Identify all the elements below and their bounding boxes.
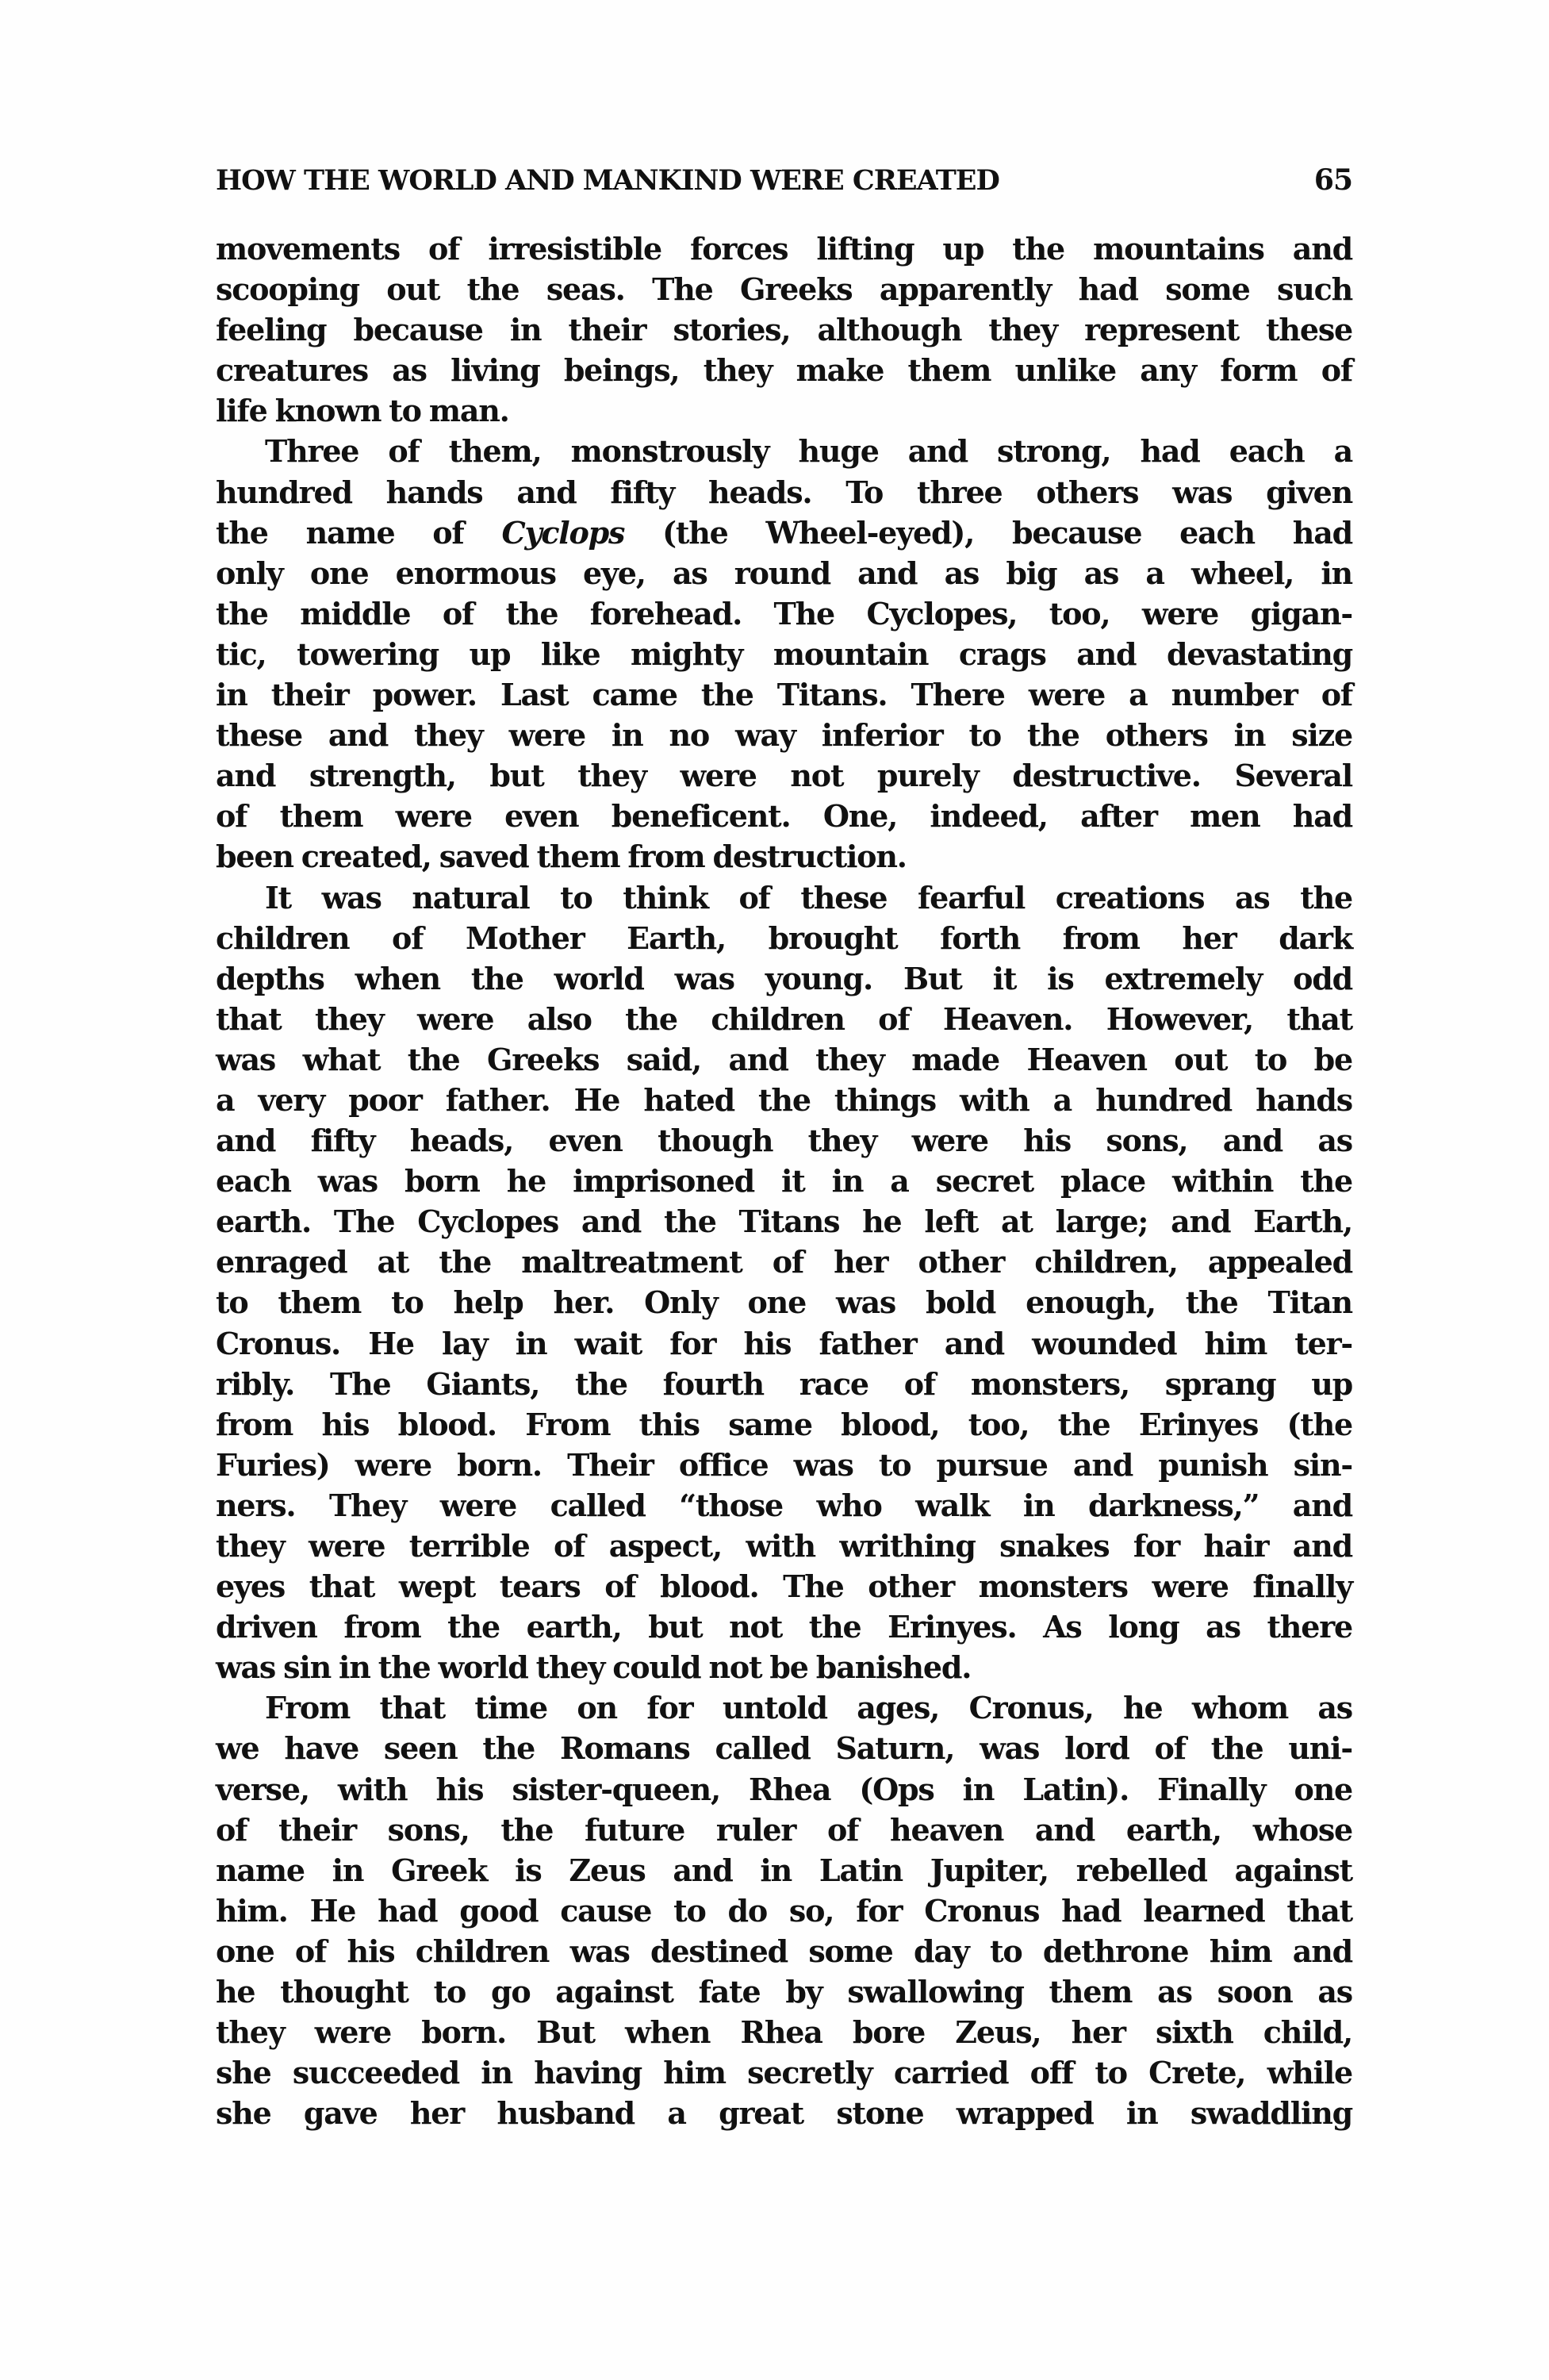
text-line: these and they were in no way inferior t… (216, 715, 1352, 755)
body-text: movements of irresistible forces lifting… (216, 228, 1352, 2133)
text-line: ribly. The Giants, the fourth race of mo… (216, 1364, 1352, 1404)
text-line: earth. The Cyclopes and the Titans he le… (216, 1201, 1352, 1242)
text-line: to them to help her. Only one was bold e… (216, 1282, 1352, 1322)
text-line: enraged at the maltreatment of her other… (216, 1242, 1352, 1282)
page-number: 65 (1314, 163, 1352, 197)
paragraph-3: It was natural to think of these fearful… (216, 877, 1352, 1688)
paragraph-1: movements of irresistible forces lifting… (216, 228, 1352, 431)
running-head: HOW THE WORLD AND MANKIND WERE CREATED 6… (216, 163, 1352, 203)
text-line-with-italic: the name of Cyclops (the Wheel-eyed), be… (216, 512, 1352, 553)
text-fragment: (the Wheel-eyed), because each had (624, 515, 1352, 551)
text-line: was what the Greeks said, and they made … (216, 1039, 1352, 1080)
text-line: Cronus. He lay in wait for his father an… (216, 1323, 1352, 1364)
text-line: From that time on for untold ages, Cronu… (216, 1687, 1352, 1728)
text-line: eyes that wept tears of blood. The other… (216, 1566, 1352, 1606)
text-line: Three of them, monstrously huge and stro… (216, 431, 1352, 471)
italic-term-cyclops: Cyclops (501, 515, 624, 551)
text-line: driven from the earth, but not the Eriny… (216, 1606, 1352, 1647)
text-line: each was born he imprisoned it in a secr… (216, 1161, 1352, 1201)
text-line: him. He had good cause to do so, for Cro… (216, 1891, 1352, 1931)
text-line: life known to man. (216, 390, 1352, 431)
text-line: creatures as living beings, they make th… (216, 350, 1352, 390)
text-line: scooping out the seas. The Greeks appare… (216, 269, 1352, 309)
text-line: hundred hands and fifty heads. To three … (216, 472, 1352, 512)
text-line: in their power. Last came the Titans. Th… (216, 674, 1352, 715)
text-line: of their sons, the future ruler of heave… (216, 1810, 1352, 1850)
text-line: a very poor father. He hated the things … (216, 1080, 1352, 1120)
text-line: been created, saved them from destructio… (216, 836, 1352, 877)
text-line: only one enormous eye, as round and as b… (216, 553, 1352, 593)
text-line: they were terrible of aspect, with writh… (216, 1526, 1352, 1566)
text-line: movements of irresistible forces lifting… (216, 228, 1352, 269)
paragraph-4: From that time on for untold ages, Cronu… (216, 1687, 1352, 2133)
text-line: she succeeded in having him secretly car… (216, 2052, 1352, 2093)
text-line: he thought to go against fate by swallow… (216, 1971, 1352, 2012)
text-line: we have seen the Romans called Saturn, w… (216, 1728, 1352, 1768)
text-line: of them were even beneficent. One, indee… (216, 796, 1352, 836)
text-line: was sin in the world they could not be b… (216, 1647, 1352, 1687)
text-line: ners. They were called “those who walk i… (216, 1485, 1352, 1526)
chapter-title: HOW THE WORLD AND MANKIND WERE CREATED (216, 164, 999, 197)
book-page: HOW THE WORLD AND MANKIND WERE CREATED 6… (0, 0, 1549, 2380)
text-line: from his blood. From this same blood, to… (216, 1404, 1352, 1445)
text-line: tic, towering up like mighty mountain cr… (216, 634, 1352, 674)
text-line: she gave her husband a great stone wrapp… (216, 2093, 1352, 2133)
paragraph-2: Three of them, monstrously huge and stro… (216, 431, 1352, 877)
text-line: they were born. But when Rhea bore Zeus,… (216, 2012, 1352, 2052)
text-line: verse, with his sister-queen, Rhea (Ops … (216, 1769, 1352, 1810)
text-line: children of Mother Earth, brought forth … (216, 918, 1352, 958)
text-fragment: the name of (216, 515, 501, 551)
text-line: one of his children was destined some da… (216, 1931, 1352, 1971)
text-line: the middle of the forehead. The Cyclopes… (216, 593, 1352, 634)
text-line: It was natural to think of these fearful… (216, 877, 1352, 918)
text-line: Furies) were born. Their office was to p… (216, 1445, 1352, 1485)
text-line: name in Greek is Zeus and in Latin Jupit… (216, 1850, 1352, 1891)
text-line: and strength, but they were not purely d… (216, 755, 1352, 796)
text-line: feeling because in their stories, althou… (216, 309, 1352, 350)
text-line: depths when the world was young. But it … (216, 958, 1352, 999)
text-line: that they were also the children of Heav… (216, 999, 1352, 1039)
text-line: and fifty heads, even though they were h… (216, 1120, 1352, 1161)
